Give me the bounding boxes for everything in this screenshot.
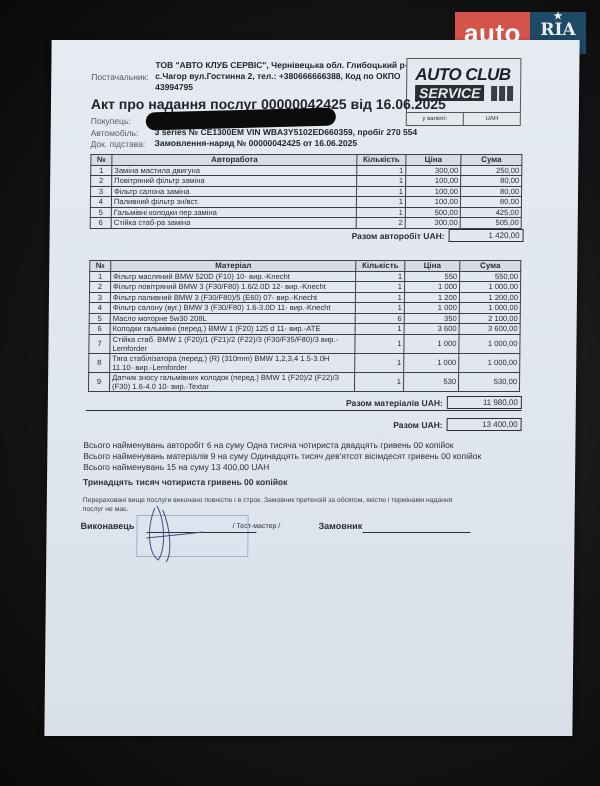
column-header: Кількість (356, 261, 405, 272)
table-row: 1Заміна мастила двигуна1300,00250,00 (91, 165, 522, 176)
supplier-label: Постачальник: (91, 72, 149, 82)
supplier-line3: 43994795 (155, 82, 193, 92)
table-row: 8Тяга стабілізатора (перед.) (R) (310mm)… (89, 353, 520, 372)
currency-value: UAH (464, 113, 520, 125)
supplier-line2: с.Чагор вул.Гостинна 2, тел.: +380666666… (155, 71, 400, 81)
column-header: Сума (460, 261, 521, 272)
executor-role: / Тест-мастер / (233, 523, 281, 530)
auto-club-service-logo: AUTO CLUB SERVICE у валюті: UAH (406, 58, 522, 126)
table-row: 5Масло моторне 5w30 208L63502 100,00 (89, 313, 520, 324)
column-header: № (90, 261, 111, 272)
column-header: Авторабота (112, 155, 357, 166)
basis-label: Док. підстава: (91, 139, 146, 149)
buyer-label: Покупець: (91, 116, 131, 126)
table-row: 4Паливний фільтр зн/вст.1100,0080,00 (90, 197, 521, 208)
summary-works: Всього найменувань автоpобіт 6 на суму О… (83, 440, 453, 450)
table-row: 5Гальмівні колодки пер.заміна1500,00425,… (90, 207, 521, 218)
materials-table: №МатеріалКількістьЦінаСума1Фільтр маслян… (88, 260, 521, 392)
currency-label: у валюті: (407, 113, 464, 125)
logo-bars-icon (491, 86, 513, 101)
customer-label: Замовник (319, 521, 363, 531)
table-row: 6Колодки гальмівні (перед.) BMW 1 (F20) … (89, 324, 520, 335)
grand-total: Разом UAH: 13 400,00 (393, 418, 522, 431)
divider (86, 410, 522, 411)
customer-signature-line (362, 532, 470, 533)
table-row: 3Фільтр паливний BMW 3 (F30/F80)/5 (E60)… (89, 292, 520, 303)
table-row: 7Стійка стаб. BMW 1 (F20)/1 (F21)/2 (F22… (89, 334, 520, 353)
table-row: 4Фільтр салону (вуг.) BMW 3 (F30/F80) 1.… (89, 303, 520, 314)
amount-in-words: Тринадцять тисяч чотириста гривень 00 ко… (83, 477, 287, 487)
car-label: Автомобіль: (91, 128, 139, 138)
table-row: 2Повітряний фільтр заміна1100,0080,00 (91, 176, 522, 187)
column-header: Ціна (405, 261, 460, 272)
column-header: Матеріал (111, 261, 356, 272)
works-total: Разом автоpобіт UAH: 1 420,00 (352, 229, 524, 242)
summary-materials: Всього найменувань матеріалів 9 на суму … (83, 451, 481, 461)
summary-total: Всього найменувань 15 на суму 13 400,00 … (83, 462, 269, 472)
column-header: Кількість (357, 155, 406, 166)
table-row: 3Фільтр салона заміна1100,0080,00 (91, 186, 522, 197)
works-table: №АвтоработаКількістьЦінаСума1Заміна маст… (90, 154, 523, 229)
basis-value: Замовлення-наряд № 00000042425 от 16.06.… (155, 138, 358, 148)
signature-scribble (126, 498, 207, 568)
service-act-document: Постачальник: ТОВ "АВТО КЛУБ СЕРВІС", Че… (44, 40, 579, 736)
table-row: 1Фільтр масляний BMW 520D (F10) 10- вир.… (90, 271, 521, 282)
materials-total: Разом матеріалів UAH: 11 980,00 (346, 396, 522, 409)
column-header: Сума (461, 155, 522, 166)
column-header: Ціна (406, 155, 461, 166)
column-header: № (91, 155, 112, 166)
table-row: 6Стійка стаб-ра заміна2300,00505,00 (90, 218, 521, 229)
car-value: 3 series № CE1300EM VIN WBA3Y5102ED66035… (155, 127, 418, 137)
table-row: 9Датчик зносу гальмівних колодок (перед.… (88, 372, 519, 391)
table-row: 2Фільтр повітряний BMW 3 (F30/F80) 1.6/2… (90, 282, 521, 293)
supplier-line1: ТОВ "АВТО КЛУБ СЕРВІС", Чернівецька обл.… (155, 60, 412, 70)
